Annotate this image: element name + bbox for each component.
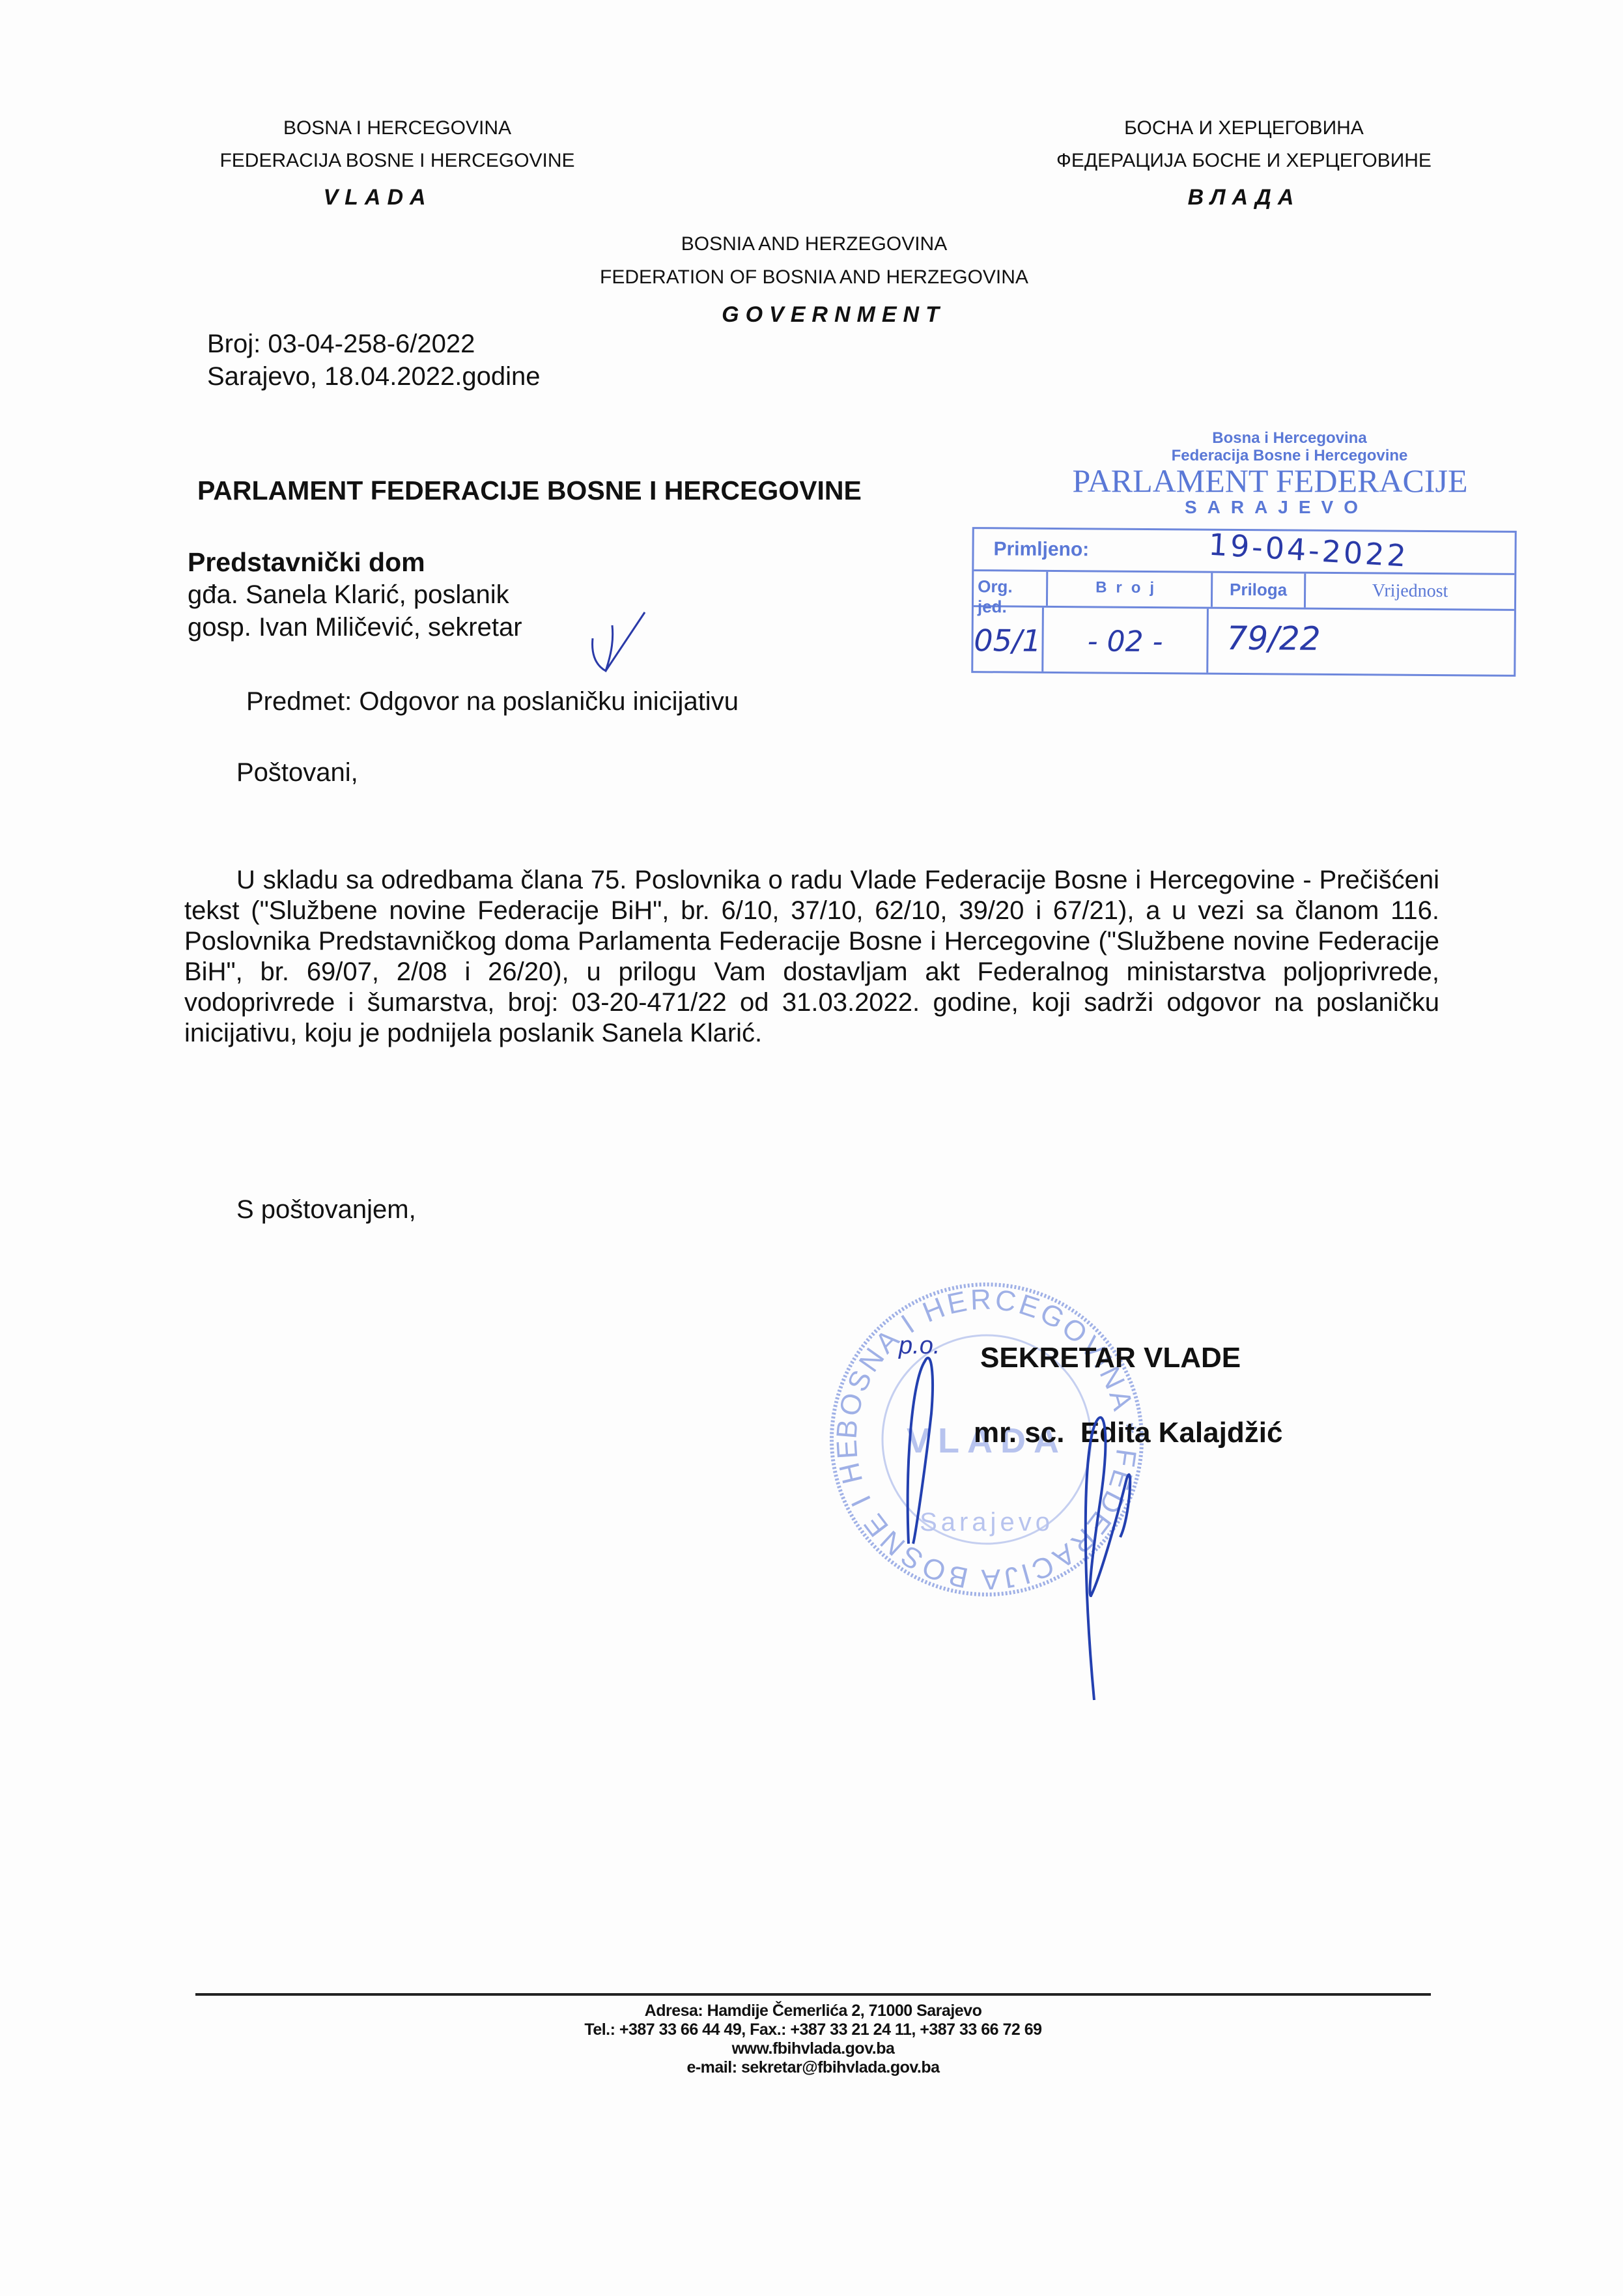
received-row: Primljeno: 19-04-2022	[974, 529, 1514, 575]
footer-block: Adresa: Hamdije Čemerlića 2, 71000 Saraj…	[195, 2002, 1431, 2077]
letterhead-left: BOSNA I HERCEGOVINA FEDERACIJA BOSNE I H…	[176, 114, 619, 216]
closing: S poštovanjem,	[236, 1195, 416, 1225]
received-header-row: Org. jed. Broj Priloga Vrijednost	[974, 571, 1514, 611]
col-broj: Broj	[1048, 572, 1213, 607]
letterhead-center-government: GOVERNMENT	[554, 296, 1075, 333]
handwritten-signature-icon	[860, 1303, 1198, 1707]
footer-address: Adresa: Hamdije Čemerlića 2, 71000 Saraj…	[195, 2002, 1431, 2020]
col-priloga: Priloga	[1213, 573, 1306, 608]
subject-line: Predmet: Odgovor na poslaničku inicijati…	[246, 687, 739, 716]
letterhead-center-country: BOSNIA AND HERZEGOVINA	[554, 229, 1075, 259]
value-priloga: 79/22	[1208, 609, 1339, 673]
received-label: Primljeno:	[993, 538, 1089, 561]
letterhead-right-government: ВЛАДА	[1023, 179, 1465, 216]
col-org-jed: Org. jed.	[974, 571, 1048, 606]
recipient-house: Predstavnički dom	[188, 546, 522, 578]
salutation: Poštovani,	[236, 758, 358, 787]
received-date: 19-04-2022	[1207, 527, 1409, 574]
letterhead-right-country: БОСНА И ХЕРЦЕГОВИНА	[1023, 114, 1465, 143]
handwritten-initials-icon	[573, 599, 664, 677]
value-broj: - 02 -	[1043, 608, 1209, 673]
footer-divider	[195, 1993, 1431, 1996]
place-date: Sarajevo, 18.04.2022.godine	[207, 360, 541, 393]
received-values-row: 05/1 - 02 - 79/22	[973, 607, 1514, 675]
received-stamp: Bosna i Hercegovina Federacija Bosne i H…	[964, 430, 1537, 518]
stamp-line-3: PARLAMENT FEDERACIJE	[964, 465, 1537, 496]
value-org-jed: 05/1	[973, 607, 1044, 672]
recipient-institution: PARLAMENT FEDERACIJE BOSNE I HERCEGOVINE	[197, 475, 862, 506]
letterhead-right: БОСНА И ХЕРЦЕГОВИНА ФЕДЕРАЦИЈА БОСНЕ И Х…	[1023, 114, 1465, 216]
reference-block: Broj: 03-04-258-6/2022 Sarajevo, 18.04.2…	[207, 328, 541, 393]
footer-phone: Tel.: +387 33 66 44 49, Fax.: +387 33 21…	[195, 2020, 1431, 2039]
reference-number: Broj: 03-04-258-6/2022	[207, 328, 541, 360]
letterhead-left-country: BOSNA I HERCEGOVINA	[176, 114, 619, 143]
letterhead-right-federation: ФЕДЕРАЦИЈА БОСНЕ И ХЕРЦЕГОВИНЕ	[1023, 143, 1465, 179]
letterhead-left-federation: FEDERACIJA BOSNE I HERCEGOVINE	[176, 143, 619, 179]
body-paragraph: U skladu sa odredbama člana 75. Poslovni…	[184, 865, 1439, 1049]
stamp-line-4: SARAJEVO	[964, 496, 1537, 518]
col-vrijednost: Vrijednost	[1306, 574, 1514, 609]
recipient-block: Predstavnički dom gđa. Sanela Klarić, po…	[188, 546, 522, 644]
recipient-line-2: gosp. Ivan Miličević, sekretar	[188, 611, 522, 644]
stamp-line-1: Bosna i Hercegovina	[964, 430, 1537, 447]
footer-email[interactable]: e-mail: sekretar@fbihvlada.gov.ba	[195, 2058, 1431, 2077]
recipient-line-1: gđa. Sanela Klarić, poslanik	[188, 578, 522, 611]
letterhead-center: BOSNIA AND HERZEGOVINA FEDERATION OF BOS…	[554, 229, 1075, 333]
footer-website[interactable]: www.fbihvlada.gov.ba	[195, 2039, 1431, 2058]
letterhead-center-federation: FEDERATION OF BOSNIA AND HERZEGOVINA	[554, 259, 1075, 296]
value-vrijednost	[1338, 610, 1514, 675]
letterhead-left-government: VLADA	[176, 179, 619, 216]
received-stamp-box: Primljeno: 19-04-2022 Org. jed. Broj Pri…	[971, 527, 1517, 677]
